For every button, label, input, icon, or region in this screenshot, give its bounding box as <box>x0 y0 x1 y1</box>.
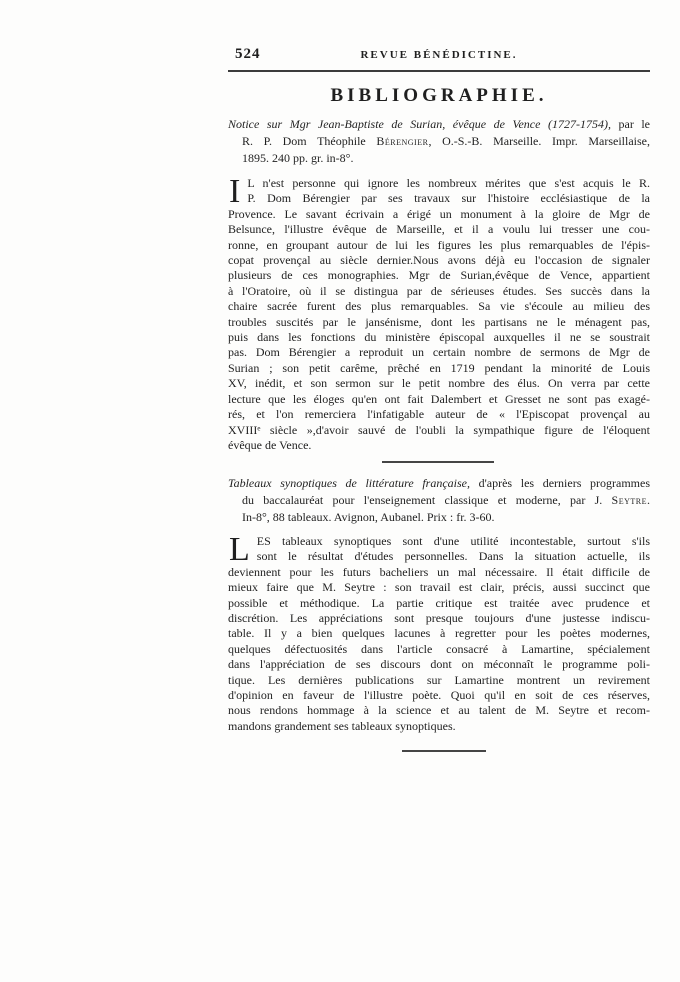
text-line: ronne, en groupant autour de lui les fig… <box>228 238 650 253</box>
author-smallcaps: Bérengier <box>376 134 428 148</box>
citation-review-1: Notice sur Mgr Jean-Baptiste de Surian, … <box>228 116 650 167</box>
text-line: chaire sacrée furent des plus remarquabl… <box>228 299 650 314</box>
citation-line: 1895. 240 pp. gr. in-8°. <box>228 150 650 167</box>
header-rule <box>228 70 650 72</box>
text-line: discrétion. Les appréciations sont presq… <box>228 611 650 626</box>
text-line: P. Dom Bérengier par ses travaux sur l'h… <box>228 191 650 206</box>
text-line: mandons grandement ses tableaux synoptiq… <box>228 719 650 734</box>
text-line: puis dans les fonctions du ministère épi… <box>228 330 650 345</box>
review-body-2: L ES tableaux synoptiques sont d'une uti… <box>228 534 650 734</box>
review-body-1: I L n'est personne qui ignore les nombre… <box>228 176 650 453</box>
text-line: d'opinion en faveur de l'illustre poète.… <box>228 688 650 703</box>
text-line: troubles suscités par le jansénisme, don… <box>228 315 650 330</box>
citation-title-italic: Tableaux synoptiques de littérature fran… <box>228 476 470 490</box>
citation-text: R. P. Dom Théophile <box>242 134 376 148</box>
drop-cap: L <box>228 534 257 564</box>
citation-line: In-8°, 88 tableaux. Avignon, Aubanel. Pr… <box>228 509 650 526</box>
citation-text: , O.-S.-B. Marseille. Impr. Marseillaise… <box>428 134 650 148</box>
text-line: plusieurs de ces monographies. Mgr de Su… <box>228 268 650 283</box>
text-line: à l'Oratoire, où il se distingua par de … <box>228 284 650 299</box>
text-line: deviennent pour les futurs bacheliers un… <box>228 565 650 580</box>
text-line: Belsunce, l'illustre évêque de Marseille… <box>228 222 650 237</box>
citation-line: du baccalauréat pour l'enseignement clas… <box>228 492 650 509</box>
running-title: REVUE BÉNÉDICTINE. <box>228 49 650 61</box>
review-text: ES tableaux synoptiques sont d'une utili… <box>228 534 650 734</box>
text-line: rés, et l'on remerciera l'infatigable au… <box>228 407 650 422</box>
text-line: copat provençal au siècle dernier.Nous a… <box>228 253 650 268</box>
citation-title-italic: Notice sur Mgr Jean-Baptiste de Surian, … <box>228 117 611 131</box>
text-line: nous rendons hommage à la science et au … <box>228 703 650 718</box>
text-line: pas. Dom Bérengier a reproduit un certai… <box>228 345 650 360</box>
text-line: table. Il y a bien quelques lacunes à re… <box>228 626 650 641</box>
page-header: 524 REVUE BÉNÉDICTINE. <box>228 46 650 64</box>
scanned-journal-page: 524 REVUE BÉNÉDICTINE. BIBLIOGRAPHIE. No… <box>0 0 680 982</box>
text-line: tique. Les dernières publications sur La… <box>228 673 650 688</box>
text-line: possible et méthodique. La partie critiq… <box>228 596 650 611</box>
text-line: lecture que les éloges qu'en ont fait Da… <box>228 392 650 407</box>
text-line: quelques défectuosités dans l'article co… <box>228 642 650 657</box>
citation-line: Tableaux synoptiques de littérature fran… <box>228 475 650 492</box>
text-line: Provence. Le savant écrivain a érigé un … <box>228 207 650 222</box>
review-text: L n'est personne qui ignore les nombreux… <box>228 176 650 453</box>
text-line: Surian ; son petit carême, prêché en 171… <box>228 361 650 376</box>
text-line: mieux faire que M. Seytre : son travail … <box>228 580 650 595</box>
citation-line: Notice sur Mgr Jean-Baptiste de Surian, … <box>228 116 650 133</box>
text-line: sont le résultat d'études personnelles. … <box>228 549 650 564</box>
text-line: XVIIIᵉ siècle »,d'avoir sauvé de l'oubli… <box>228 423 650 438</box>
section-heading: BIBLIOGRAPHIE. <box>228 85 650 107</box>
section-divider <box>382 461 494 463</box>
text-line: L n'est personne qui ignore les nombreux… <box>228 176 650 191</box>
text-line: évêque de Vence. <box>228 438 650 453</box>
text-line: dans l'appréciation de ses discours dont… <box>228 657 650 672</box>
text-line: XV, inédit, et son sermon sur le petit n… <box>228 376 650 391</box>
text-line: ES tableaux synoptiques sont d'une utili… <box>228 534 650 549</box>
citation-review-2: Tableaux synoptiques de littérature fran… <box>228 475 650 526</box>
citation-text: par le <box>611 117 650 131</box>
drop-cap: I <box>228 176 247 206</box>
citation-line: R. P. Dom Théophile Bérengier, O.-S.-B. … <box>228 133 650 150</box>
citation-text: d'après les derniers programmes <box>470 476 650 490</box>
citation-text: du baccalauréat pour l'enseignement clas… <box>242 493 612 507</box>
author-smallcaps: Seytre <box>612 493 647 507</box>
citation-text: . <box>647 493 650 507</box>
end-divider <box>402 750 486 752</box>
